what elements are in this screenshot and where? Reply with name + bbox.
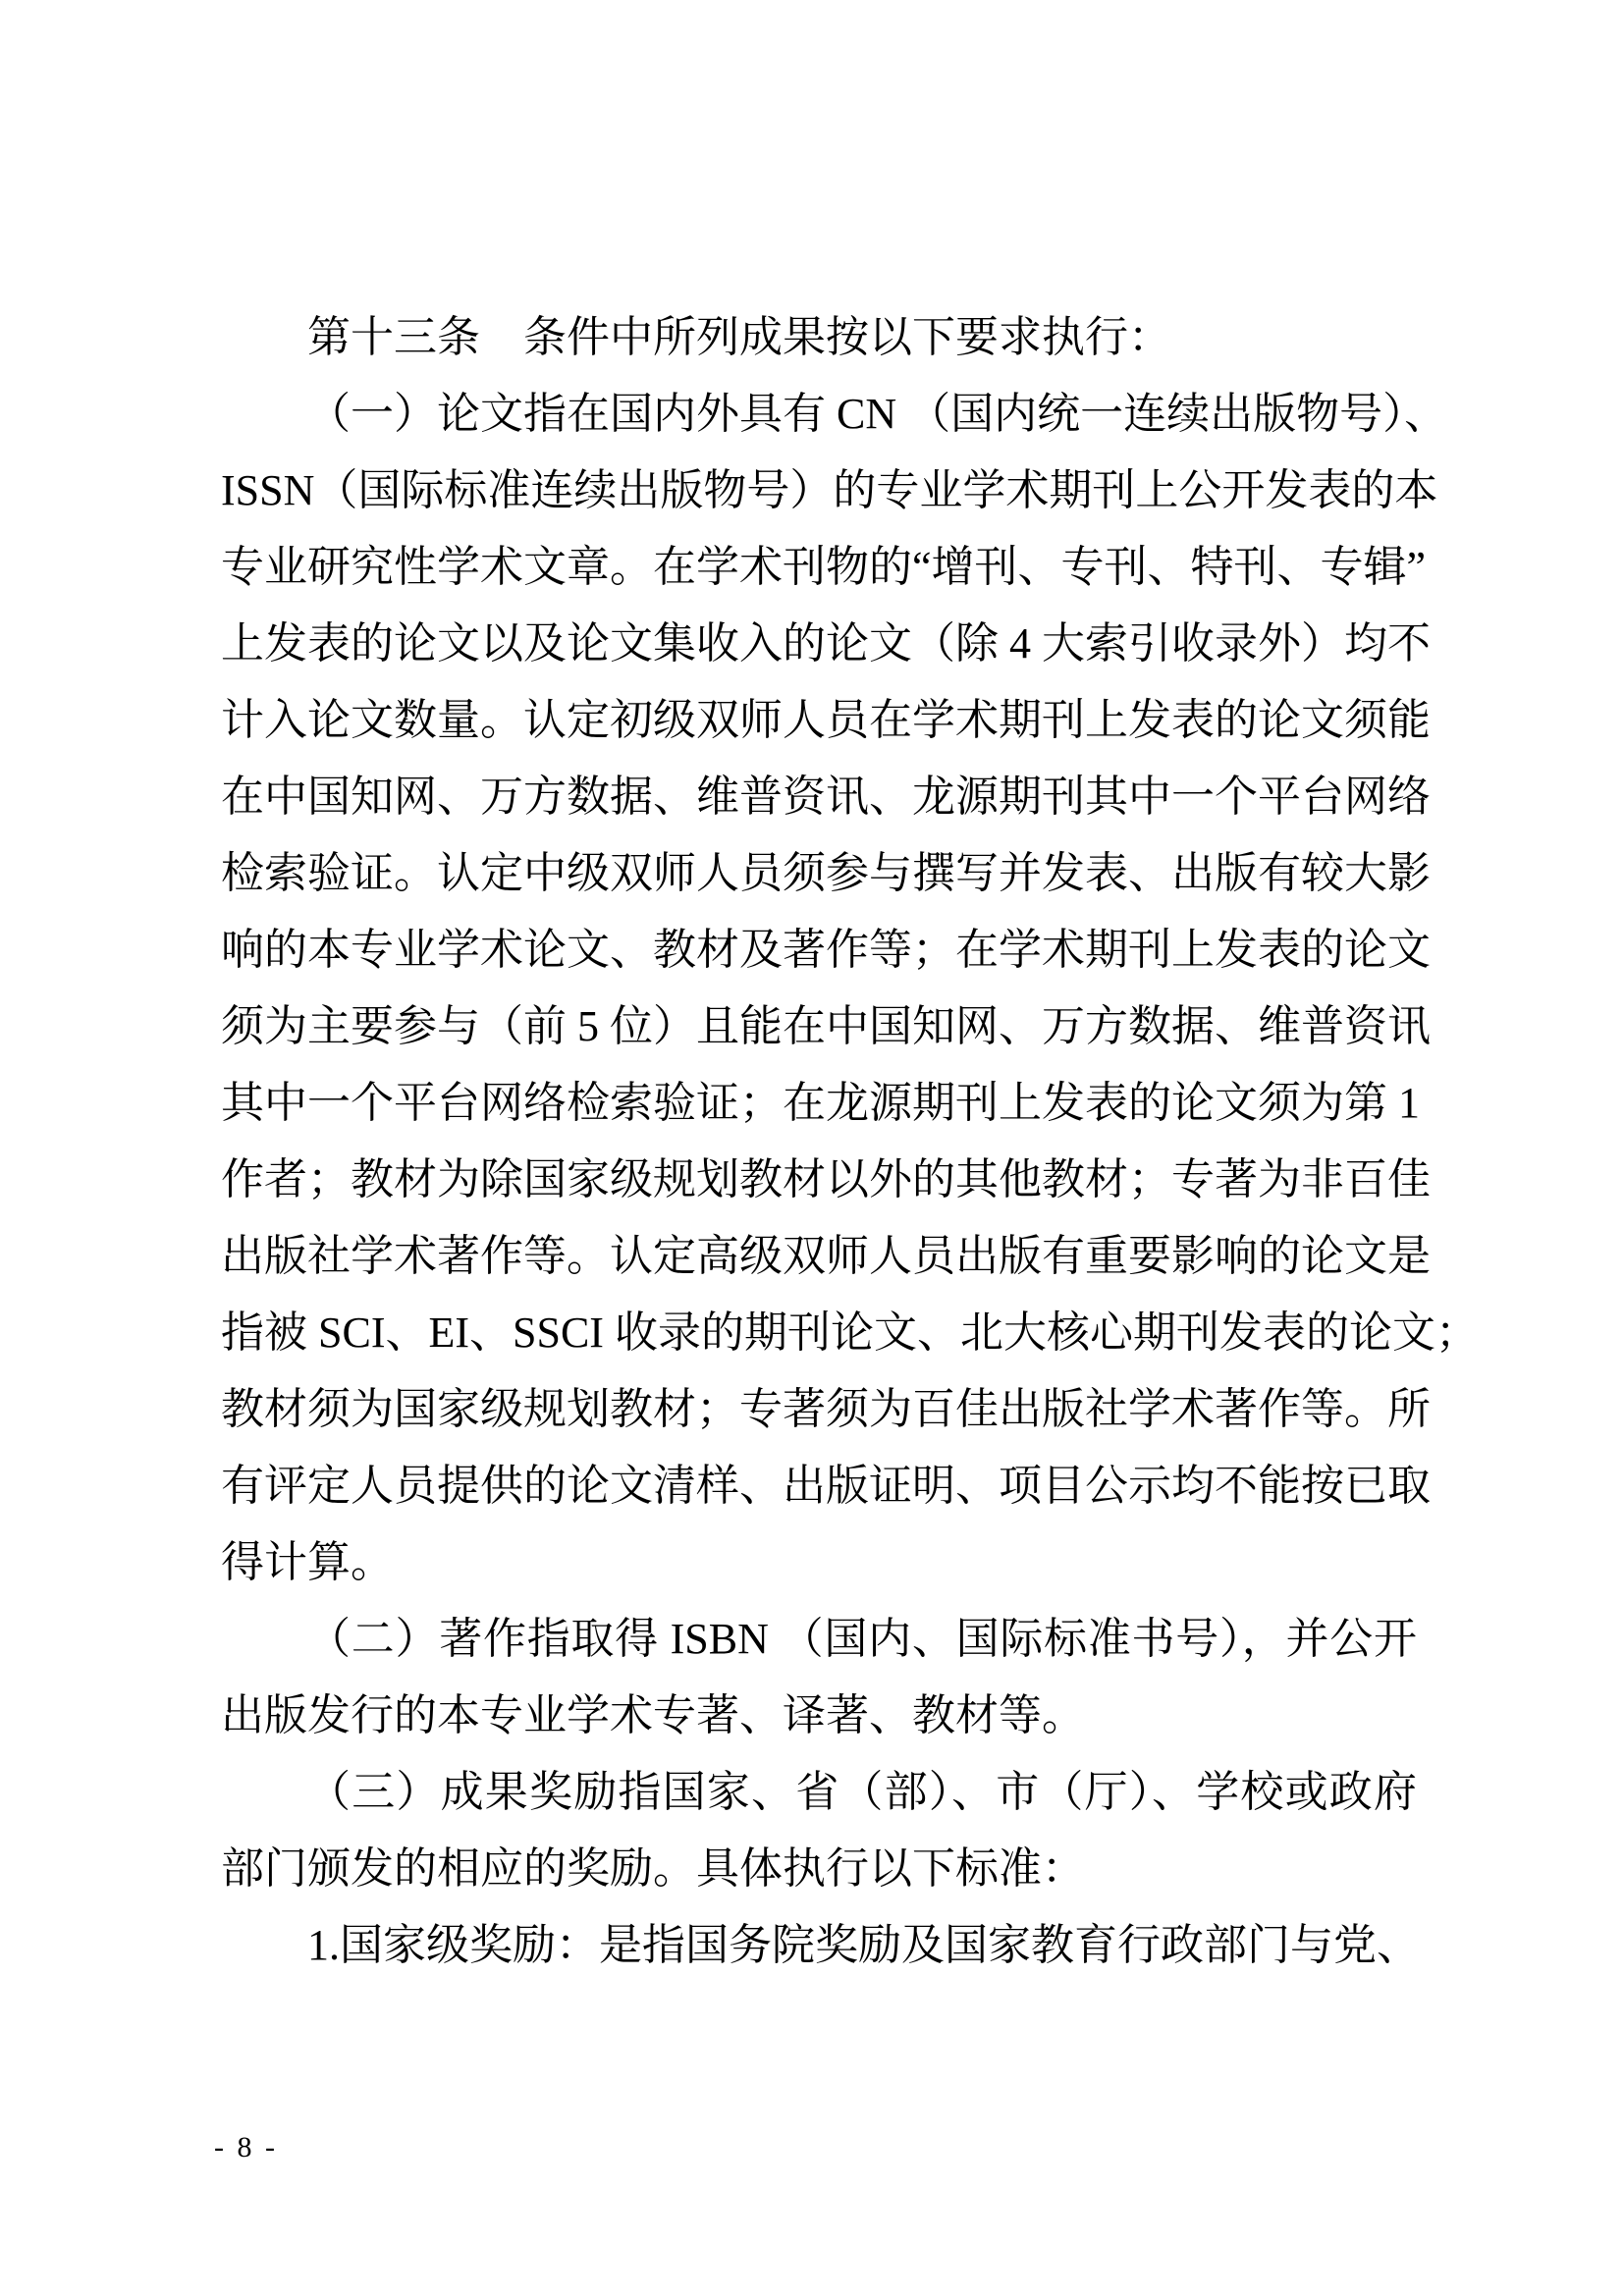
article-heading-line: 第十三条 条件中所列成果按以下要求执行： [221,299,1417,376]
text-line: 得计算。 [221,1524,1417,1601]
text-line: ISSN（国际标准连续出版物号）的专业学术期刊上公开发表的本 [221,453,1417,529]
text-line: 响的本专业学术论文、教材及著作等；在学术期刊上发表的论文 [221,912,1417,988]
text-line: 作者；教材为除国家级规划教材以外的其他教材；专著为非百佳 [221,1142,1417,1218]
text-line: 指被 SCI、EI、SSCI 收录的期刊论文、北大核心期刊发表的论文； [221,1295,1417,1371]
text-line: 教材须为国家级规划教材；专著须为百佳出版社学术著作等。所 [221,1371,1417,1448]
text-line: （三）成果奖励指国家、省（部）、市（厅）、学校或政府 [221,1754,1417,1831]
text-line: 上发表的论文以及论文集收入的论文（除 4 大索引收录外）均不 [221,606,1417,682]
text-line: 专业研究性学术文章。在学术刊物的“增刊、专刊、特刊、专辑” [221,529,1417,606]
text-line: 出版发行的本专业学术专著、译著、教材等。 [221,1678,1417,1754]
text-line: 在中国知网、万方数据、维普资讯、龙源期刊其中一个平台网络 [221,759,1417,835]
text-line: 出版社学术著作等。认定高级双师人员出版有重要影响的论文是 [221,1218,1417,1295]
text-line: （二）著作指取得 ISBN （国内、国际标准书号），并公开 [221,1601,1417,1678]
text-line: 其中一个平台网络检索验证；在龙源期刊上发表的论文须为第 1 [221,1065,1417,1142]
text-line: 1.国家级奖励：是指国务院奖励及国家教育行政部门与党、 [221,1907,1417,1984]
text-line: 部门颁发的相应的奖励。具体执行以下标准： [221,1831,1417,1907]
text-line: （一）论文指在国内外具有 CN （国内统一连续出版物号）、 [221,376,1417,453]
text-line: 须为主要参与（前 5 位）且能在中国知网、万方数据、维普资讯 [221,988,1417,1065]
text-line: 有评定人员提供的论文清样、出版证明、项目公示均不能按已取 [221,1448,1417,1524]
document-body: 第十三条 条件中所列成果按以下要求执行： （一）论文指在国内外具有 CN （国内… [221,299,1417,1984]
text-line: 计入论文数量。认定初级双师人员在学术期刊上发表的论文须能 [221,682,1417,759]
text-line: 检索验证。认定中级双师人员须参与撰写并发表、出版有较大影 [221,835,1417,912]
document-page: 第十三条 条件中所列成果按以下要求执行： （一）论文指在国内外具有 CN （国内… [0,0,1623,2296]
page-number: - 8 - [214,2128,278,2167]
